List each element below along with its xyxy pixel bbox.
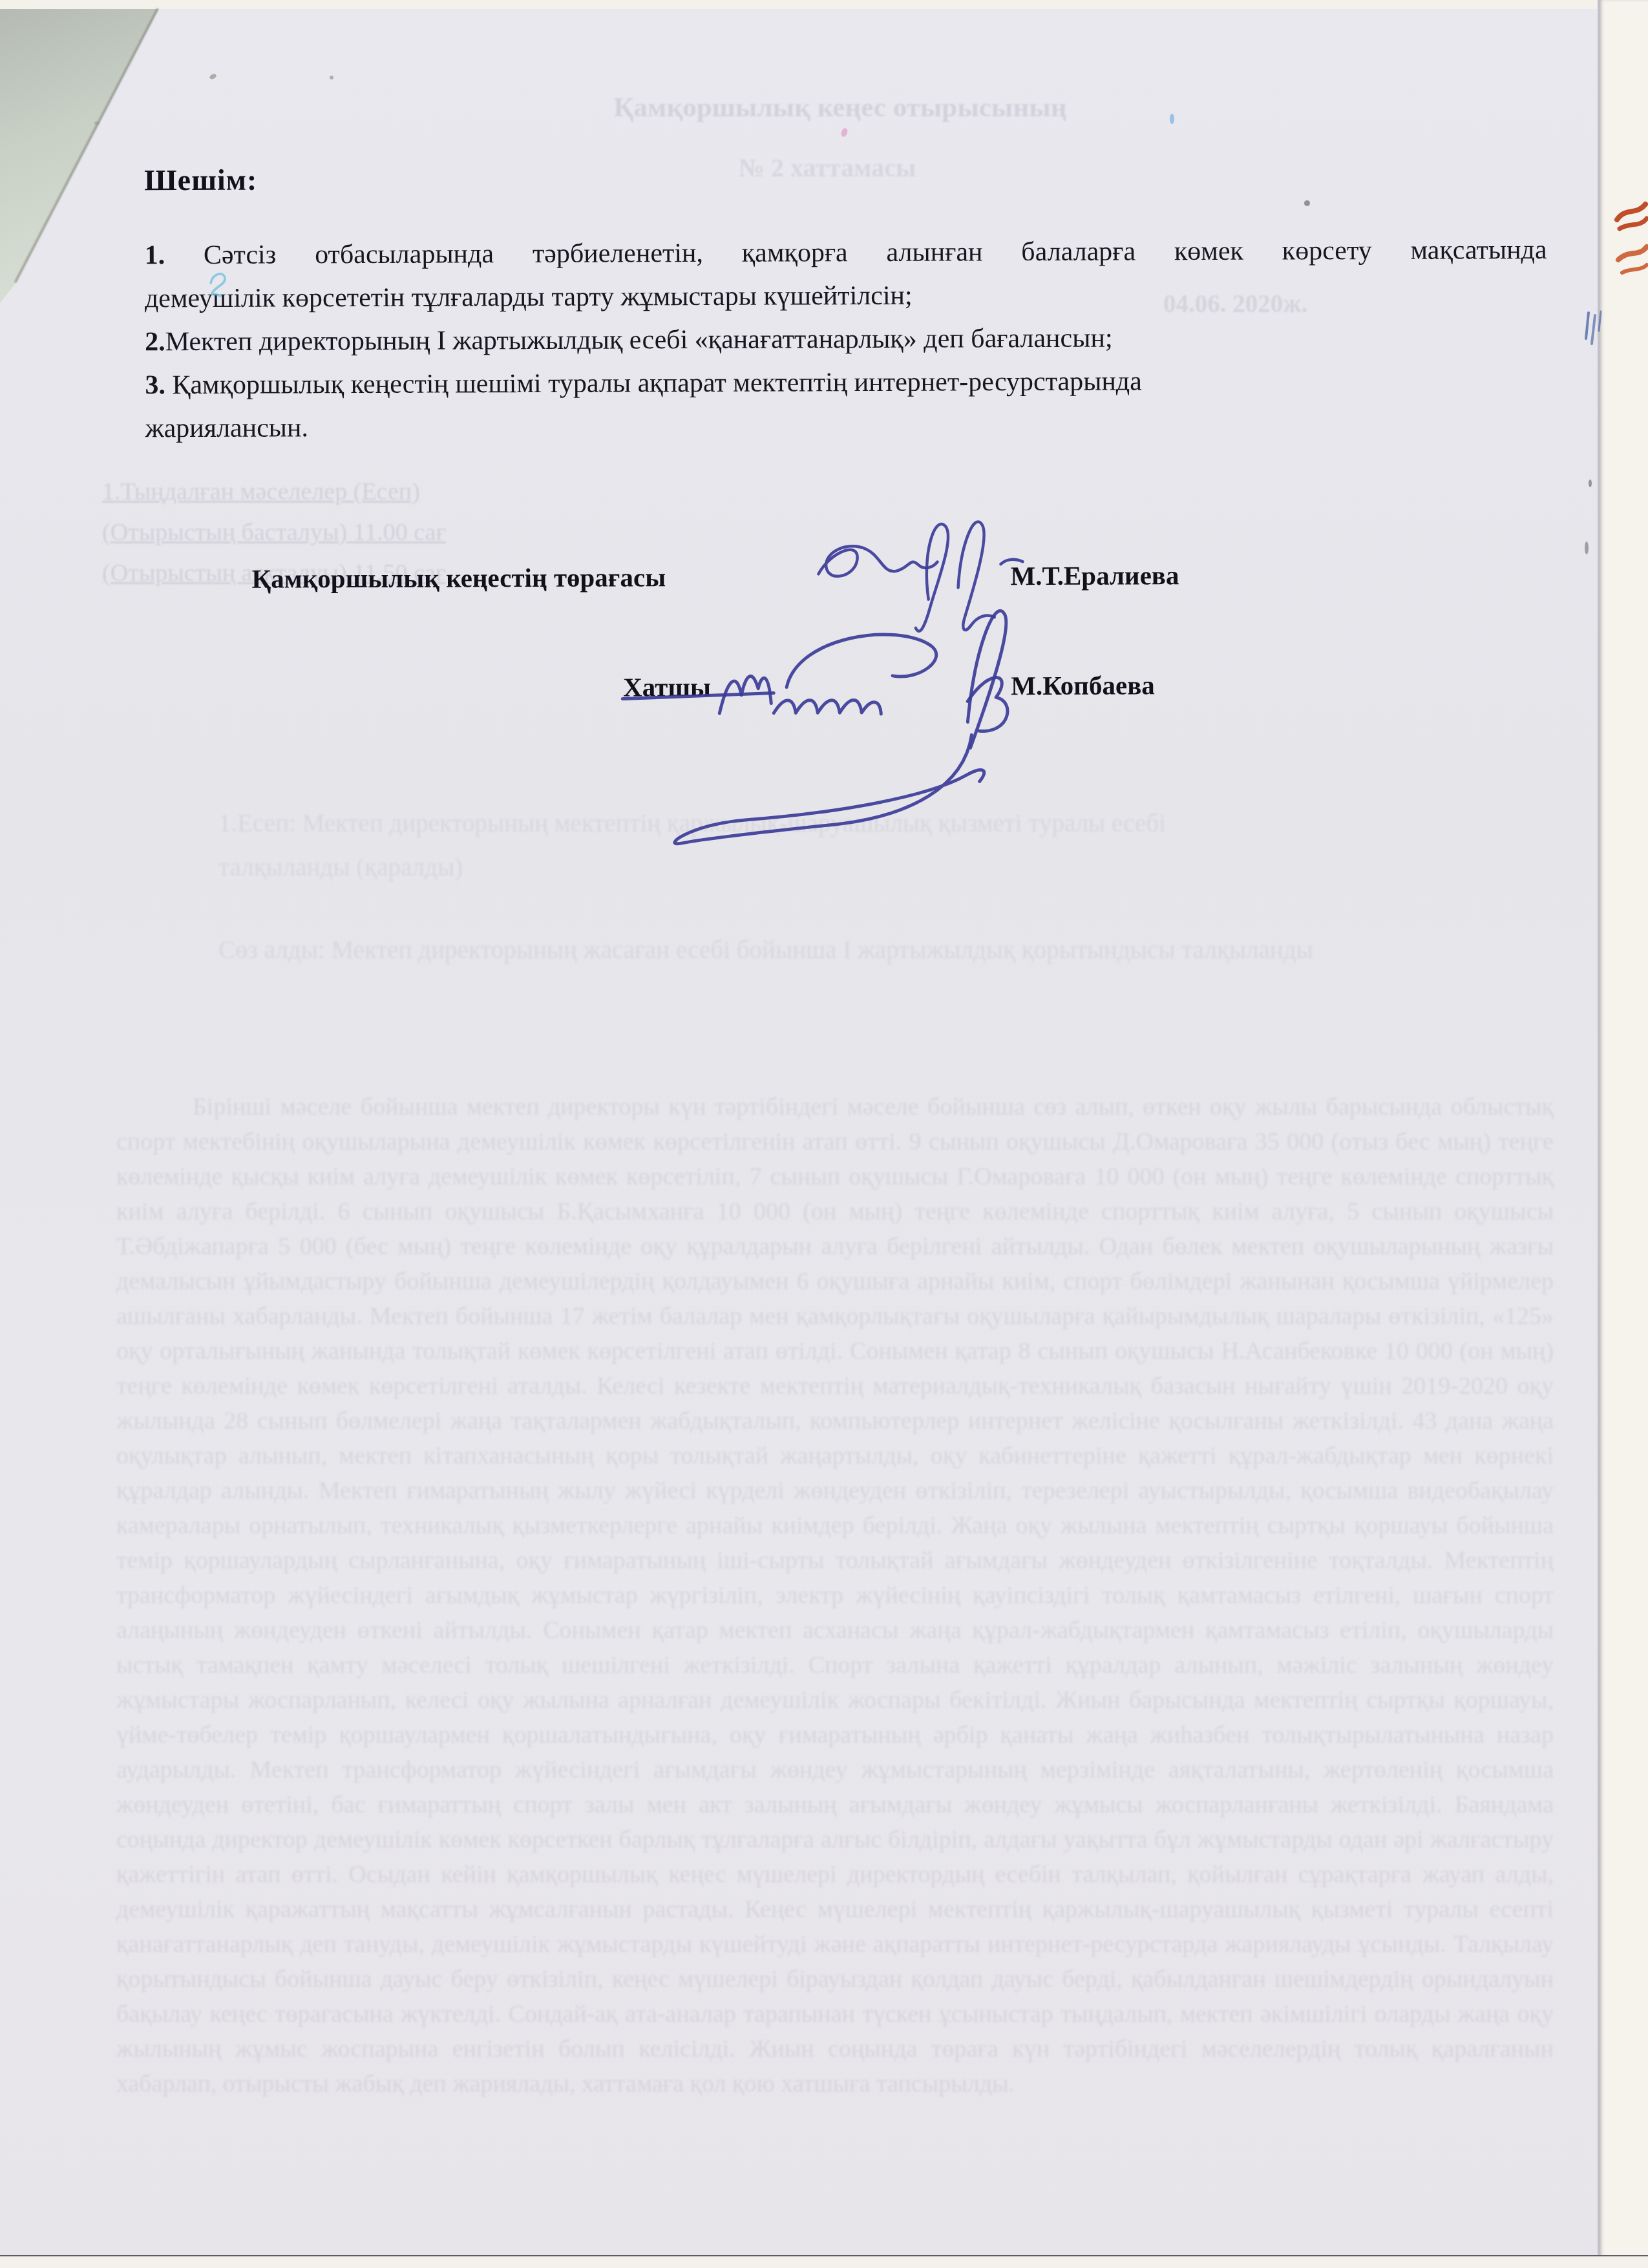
chairman-role-label: Қамқоршылық кеңестің төрағасы: [251, 562, 666, 594]
decision-item-line: 2.Мектеп директорының І жартыжылдық есеб…: [145, 315, 1547, 364]
edge-speck: [1585, 541, 1589, 554]
dust-speck: [94, 121, 100, 125]
scanner-bottom-strip: [0, 2256, 1648, 2268]
dust-speck: [330, 76, 333, 79]
item-text: жариялансын.: [145, 413, 309, 443]
edge-speck: [1589, 479, 1592, 487]
decision-item-line: жариялансын.: [145, 402, 1547, 450]
item-text: Сәтсіз отбасыларында тәрбиеленетін, қамқ…: [165, 235, 1547, 270]
secretary-signature: [606, 586, 1040, 872]
decision-text: 1. Сәтсіз отбасыларында тәрбиеленетін, қ…: [144, 229, 1547, 450]
decision-item-line: демеушілік көрсететін тұлғаларды тарту ж…: [145, 272, 1547, 320]
cyan-pencil-mark: [208, 270, 229, 299]
item-text: Қамқоршылық кеңестің шешімі туралы ақпар…: [165, 366, 1142, 400]
decision-heading: Шешім:: [144, 163, 257, 198]
item-number: 2.: [145, 327, 165, 357]
item-text: демеушілік көрсететін тұлғаларды тарту ж…: [145, 281, 913, 314]
dark-speck: [1304, 200, 1310, 206]
red-pen-mark: [1613, 200, 1648, 284]
item-text: Мектеп директорының І жартыжылдық есебі …: [165, 324, 1113, 357]
item-number: 3.: [145, 370, 165, 400]
blue-speck: [1170, 114, 1174, 124]
decision-item-line: 1. Сәтсіз отбасыларында тәрбиеленетін, қ…: [144, 229, 1547, 277]
decision-item-line: 3. Қамқоршылық кеңестің шешімі туралы ақ…: [145, 359, 1547, 407]
item-number: 1.: [145, 240, 165, 270]
blue-ink-smudge: [1585, 310, 1607, 355]
document-content: Шешім: 1. Сәтсіз отбасыларында тәрбиелен…: [0, 0, 1648, 2268]
